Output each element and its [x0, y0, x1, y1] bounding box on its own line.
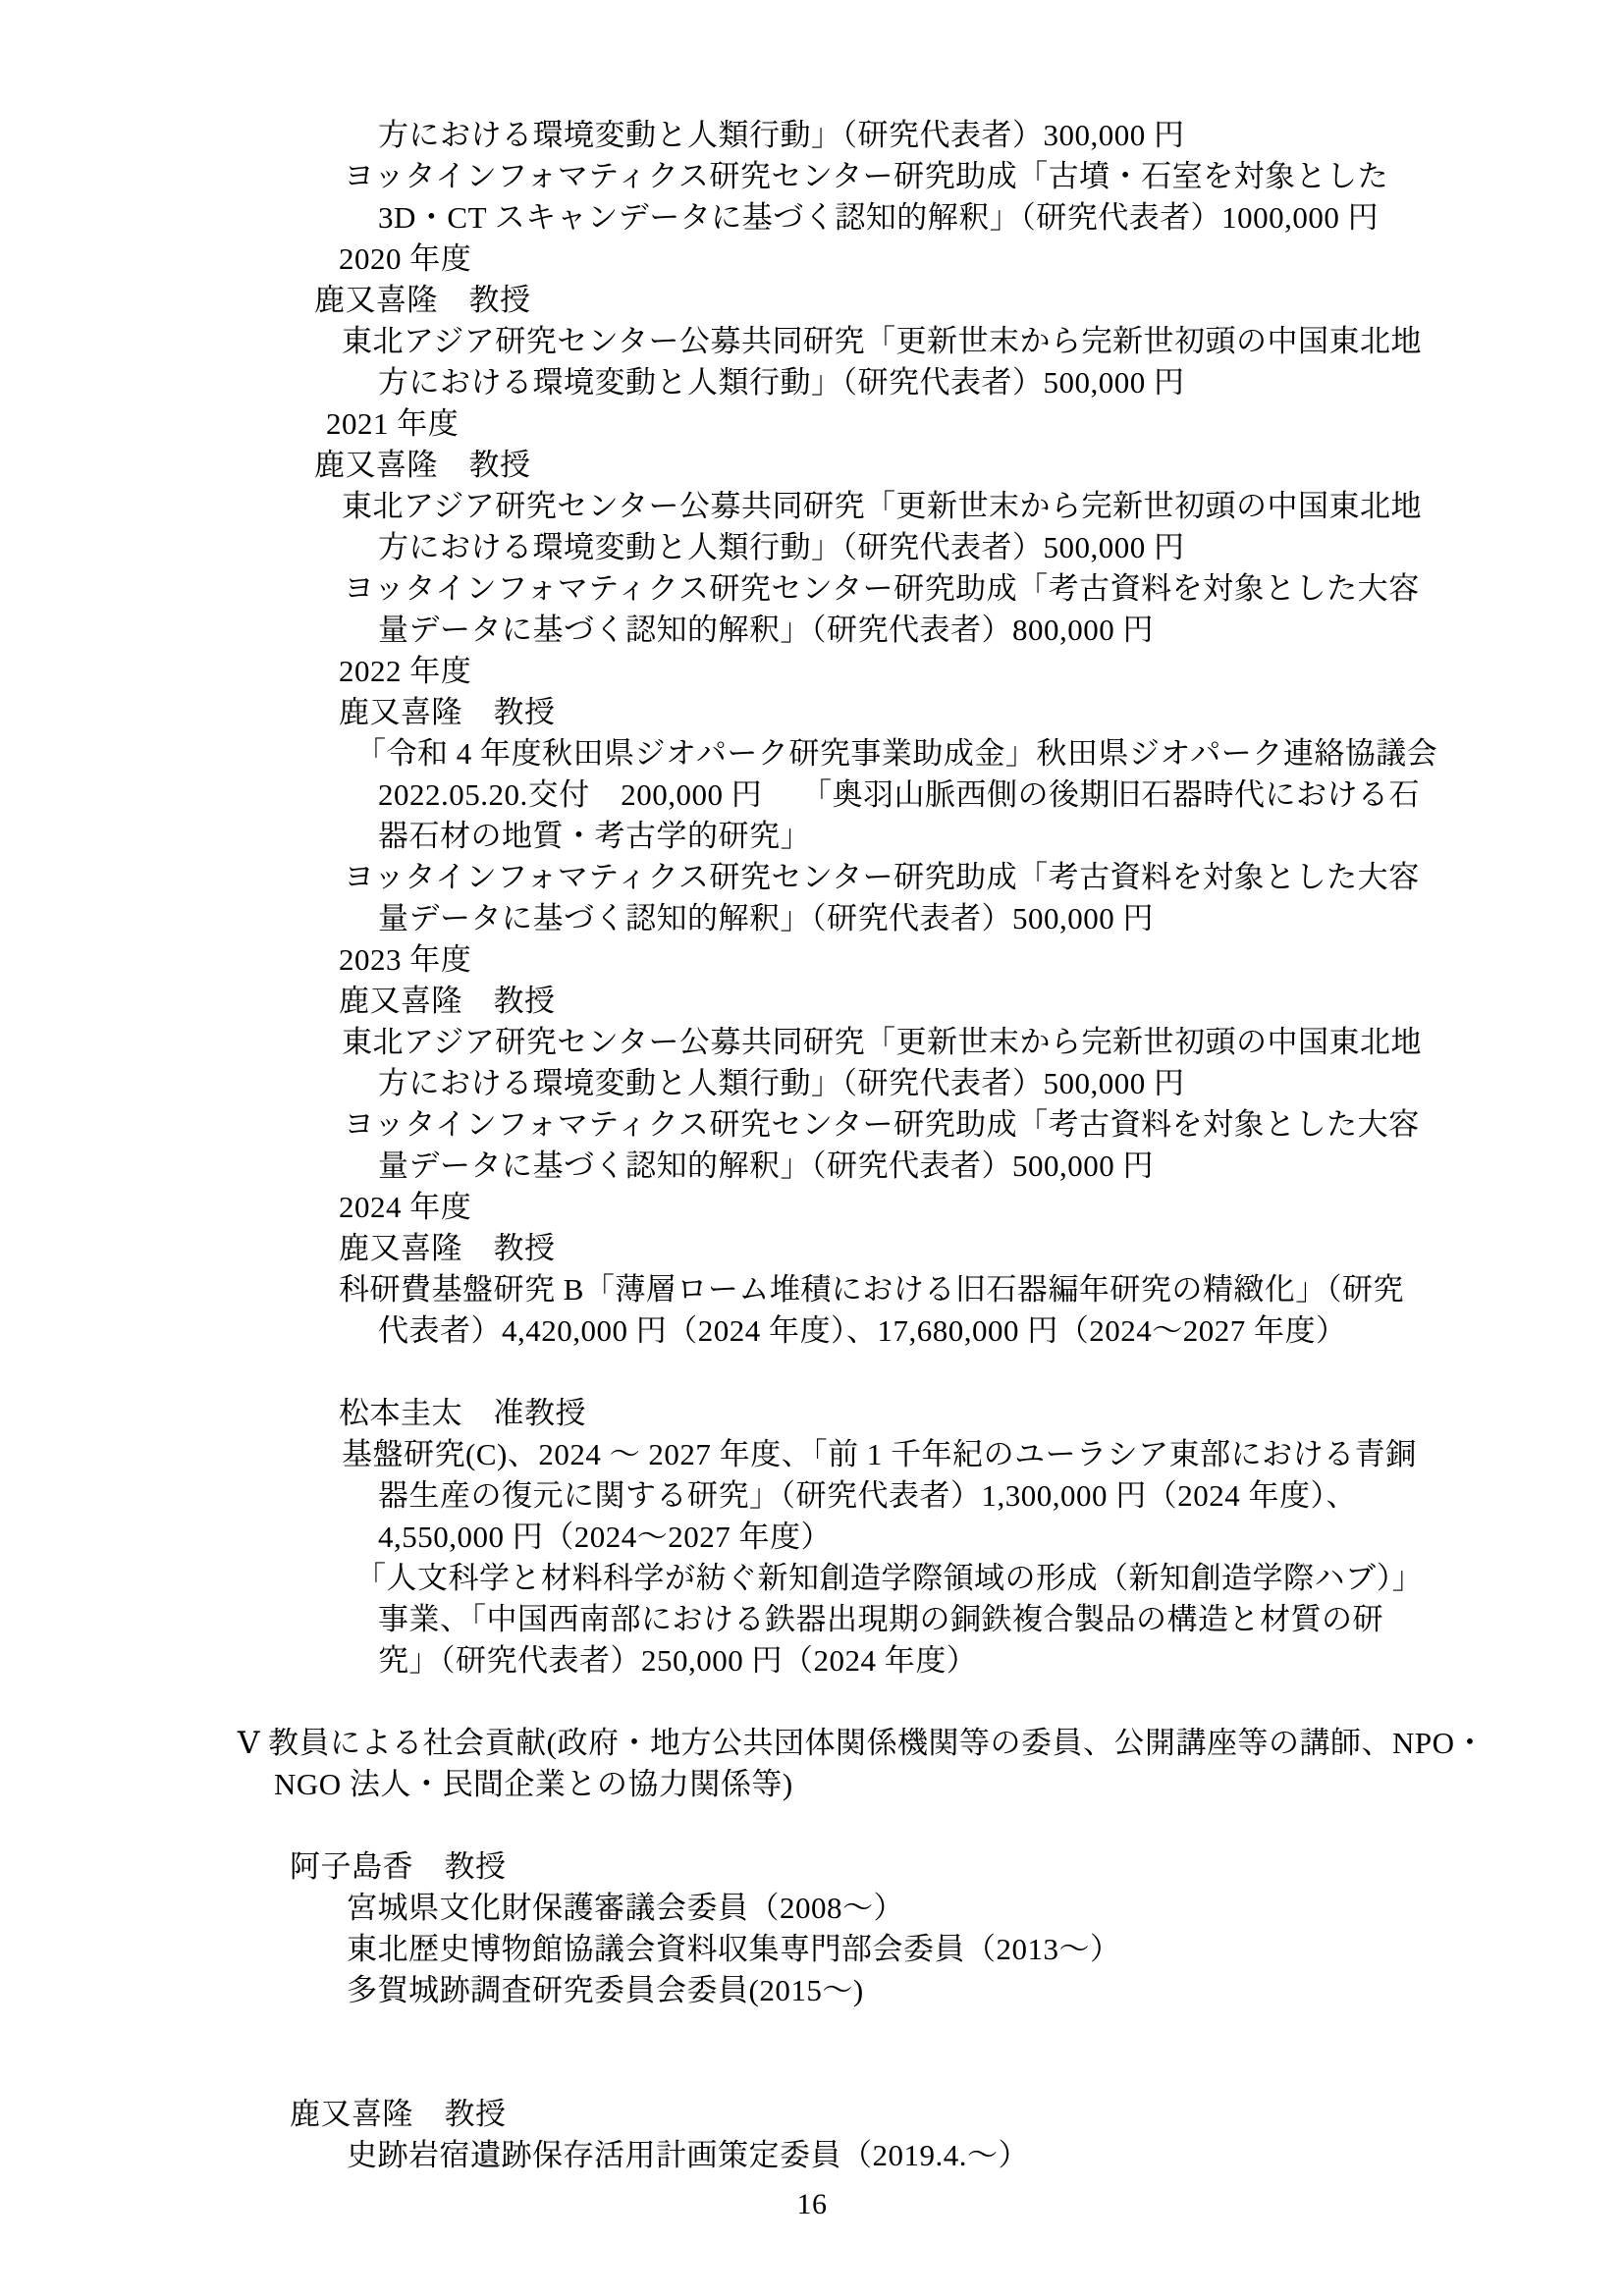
grant-line: 3D・CT スキャンデータに基づく認知的解釈」（研究代表者）1000,000 円 [0, 197, 1624, 239]
committee-line: 史跡岩宿遺跡保存活用計画策定委員（2019.4.～） [0, 2135, 1624, 2176]
grant-line: 2022.05.20.交付 200,000 円 「奥羽山脈西側の後期旧石器時代に… [0, 774, 1624, 816]
grant-line: 方における環境変動と人類行動」（研究代表者）500,000 円 [0, 362, 1624, 403]
grant-line: ヨッタインフォマティクス研究センター研究助成「考古資料を対象とした大容 [0, 857, 1624, 898]
professor-name: 鹿又喜隆 教授 [0, 280, 1624, 321]
grant-line: ヨッタインフォマティクス研究センター研究助成「考古資料を対象とした大容 [0, 1104, 1624, 1146]
grant-line: 方における環境変動と人類行動」（研究代表者）500,000 円 [0, 527, 1624, 568]
grant-line: 代表者）4,420,000 円（2024 年度）、17,680,000 円（20… [0, 1310, 1624, 1352]
professor-name: 鹿又喜隆 教授 [0, 981, 1624, 1022]
fiscal-year-label: 2021 年度 [0, 403, 1624, 445]
fiscal-year-label: 2023 年度 [0, 939, 1624, 981]
grant-line: ヨッタインフォマティクス研究センター研究助成「考古資料を対象とした大容 [0, 568, 1624, 610]
section-v-heading: Ⅴ 教員による社会貢献(政府・地方公共団体関係機関等の委員、公開講座等の講師、N… [0, 1723, 1624, 1764]
professor-name: 松本圭太 准教授 [0, 1393, 1624, 1434]
fiscal-year-label: 2022 年度 [0, 651, 1624, 692]
grant-line: 東北アジア研究センター公募共同研究「更新世末から完新世初頭の中国東北地 [0, 1022, 1624, 1063]
grant-line: 4,550,000 円（2024～2027 年度） [0, 1517, 1624, 1558]
professor-name: 鹿又喜隆 教授 [0, 2094, 1624, 2135]
grant-line: 量データに基づく認知的解釈」（研究代表者）500,000 円 [0, 898, 1624, 939]
committee-line: 多賀城跡調査研究委員会委員(2015～) [0, 1970, 1624, 2011]
professor-name: 鹿又喜隆 教授 [0, 445, 1624, 486]
blank-line [0, 1682, 1624, 1723]
blank-line [0, 1805, 1624, 1846]
grant-line: 究」（研究代表者）250,000 円（2024 年度） [0, 1640, 1624, 1682]
committee-line: 東北歴史博物館協議会資料収集専門部会委員（2013～） [0, 1929, 1624, 1970]
grant-line: 「人文科学と材料科学が紡ぐ新知創造学際領域の形成（新知創造学際ハブ）」 [0, 1558, 1624, 1599]
grant-line: 科研費基盤研究 B「薄層ローム堆積における旧石器編年研究の精緻化」（研究 [0, 1269, 1624, 1310]
grant-line: 量データに基づく認知的解釈」（研究代表者）500,000 円 [0, 1146, 1624, 1187]
professor-name: 鹿又喜隆 教授 [0, 692, 1624, 733]
blank-line [0, 2011, 1624, 2053]
professor-name: 鹿又喜隆 教授 [0, 1228, 1624, 1269]
grant-line: 量データに基づく認知的解釈」（研究代表者）800,000 円 [0, 610, 1624, 651]
document-body: 方における環境変動と人類行動」（研究代表者）300,000 円 ヨッタインフォマ… [0, 115, 1624, 2225]
blank-line [0, 1352, 1624, 1393]
section-v-heading-continuation: NGO 法人・民間企業との協力関係等) [0, 1764, 1624, 1805]
grant-line: 基盤研究(C)、2024 ～ 2027 年度、「前 1 千年紀のユーラシア東部に… [0, 1434, 1624, 1475]
grant-line: 器石材の地質・考古学的研究」 [0, 816, 1624, 857]
grant-line: 方における環境変動と人類行動」（研究代表者）500,000 円 [0, 1063, 1624, 1104]
grant-line: 事業、「中国西南部における鉄器出現期の銅鉄複合製品の構造と材質の研 [0, 1599, 1624, 1640]
grant-line: 器生産の復元に関する研究」（研究代表者）1,300,000 円（2024 年度）… [0, 1475, 1624, 1517]
page-number: 16 [0, 2184, 1624, 2225]
grant-line: 「令和 4 年度秋田県ジオパーク研究事業助成金」秋田県ジオパーク連絡協議会 [0, 733, 1624, 774]
fiscal-year-label: 2024 年度 [0, 1187, 1624, 1228]
professor-name: 阿子島香 教授 [0, 1846, 1624, 1888]
grant-line: 東北アジア研究センター公募共同研究「更新世末から完新世初頭の中国東北地 [0, 321, 1624, 362]
committee-line: 宮城県文化財保護審議会委員（2008～） [0, 1888, 1624, 1929]
grant-line: 方における環境変動と人類行動」（研究代表者）300,000 円 [0, 115, 1624, 156]
fiscal-year-label: 2020 年度 [0, 239, 1624, 280]
grant-line: 東北アジア研究センター公募共同研究「更新世末から完新世初頭の中国東北地 [0, 486, 1624, 527]
grant-line: ヨッタインフォマティクス研究センター研究助成「古墳・石室を対象とした [0, 156, 1624, 197]
blank-line [0, 2053, 1624, 2094]
document-page: 方における環境変動と人類行動」（研究代表者）300,000 円 ヨッタインフォマ… [0, 0, 1624, 2296]
